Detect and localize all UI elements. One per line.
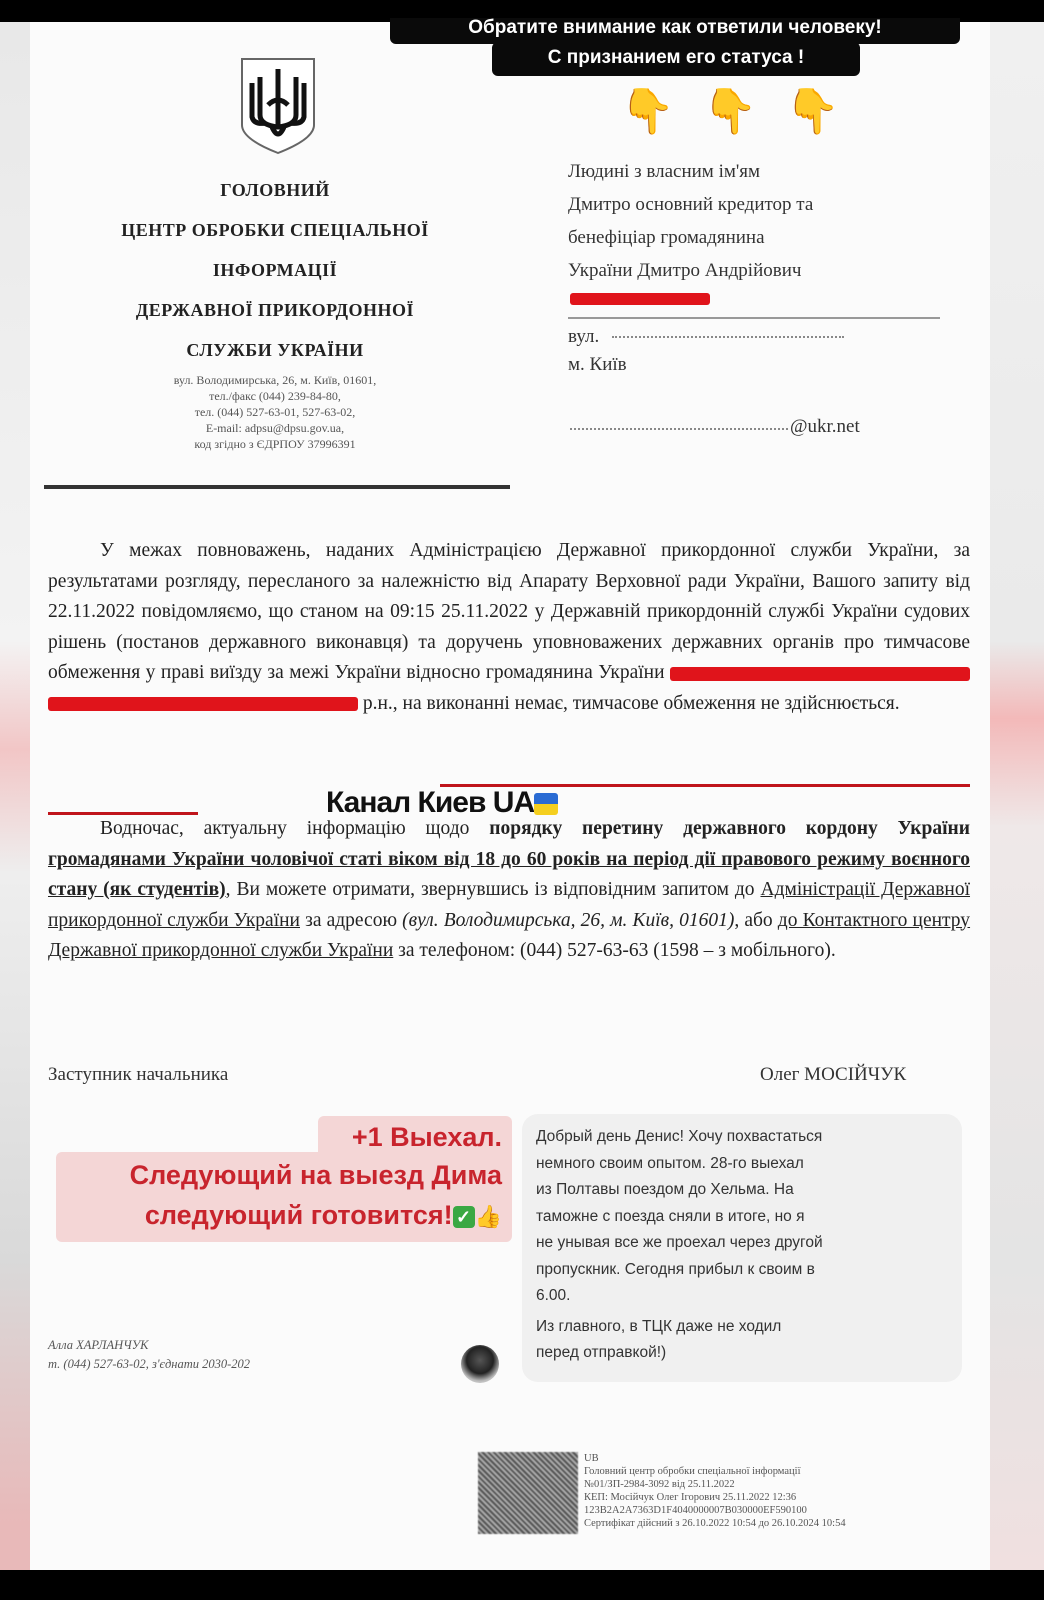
chat-line: Добрый день Денис! Хочу похвастаться [536, 1124, 956, 1151]
chat-message-text: Добрый день Денис! Хочу похвастаться нем… [536, 1124, 956, 1367]
bottom-black-bar [0, 1570, 1044, 1600]
chat-line: Из главного, в ТЦК даже не ходил [536, 1314, 956, 1341]
signatory-position: Заступник начальника [48, 1064, 228, 1086]
paragraph-text: за адресою [305, 910, 397, 931]
letter-paragraph-1: У межах повноважень, наданих Адміністрац… [48, 536, 970, 719]
executor-phone: т. (044) 527-63-02, з'єднати 2030-202 [48, 1355, 250, 1374]
redaction-bar [570, 293, 710, 305]
executor-info: Алла ХАРЛАНЧУК т. (044) 527-63-02, з'єдн… [48, 1336, 250, 1374]
pink-note-line1: +1 Выехал. [318, 1122, 502, 1153]
letterhead-divider [44, 485, 510, 489]
recipient-street: вул. [568, 326, 599, 348]
signatory-name: Олег МОСІЙЧУК [760, 1064, 906, 1086]
left-blurred-border [0, 22, 30, 1570]
pointing-down-icon: 👇 [785, 82, 840, 152]
stamp-line: UB [584, 1452, 984, 1465]
organization-address: вул. Володимирська, 26, м. Київ, 01601, … [40, 372, 510, 452]
pink-note-line2: Следующий на выезд Дима [60, 1160, 502, 1191]
paragraph-text: У межах повноважень, наданих Адміністрац… [48, 540, 970, 683]
stamp-line: №01/ЗП-2984-3092 від 25.11.2022 [584, 1478, 984, 1491]
pink-note-line3: следующий готовится!✓👍 [60, 1200, 502, 1231]
italic-address: (вул. Володимирська, 26, м. Київ, 01601) [402, 910, 734, 931]
right-blurred-border [990, 22, 1044, 1570]
sender-avatar[interactable] [461, 1345, 499, 1383]
chat-line: таможне с поезда сняли в итоге, но я [536, 1204, 956, 1231]
blurred-street [612, 336, 844, 338]
pointing-down-icon: 👇 [620, 82, 675, 152]
chat-line: 6.00. [536, 1283, 956, 1310]
executor-name: Алла ХАРЛАНЧУК [48, 1336, 250, 1355]
org-line: СЛУЖБИ УКРАЇНИ [40, 330, 510, 370]
overlay-caption-line1: Обратите внимание как ответили человеку! [390, 18, 960, 44]
pink-note-text: следующий готовится! [145, 1200, 453, 1230]
org-line: ДЕРЖАВНОЇ ПРИКОРДОННОЇ [40, 290, 510, 330]
electronic-signature-stamp: UB Головний центр обробки спеціальної ін… [584, 1452, 984, 1530]
recipient-block: Людині з власним ім'ям Дмитро основний к… [568, 155, 968, 287]
address-line: код згідно з ЄДРПОУ 37996391 [40, 436, 510, 452]
check-mark-icon: ✓ [453, 1206, 475, 1228]
recipient-email-domain: @ukr.net [790, 416, 860, 438]
org-line: ЦЕНТР ОБРОБКИ СПЕЦІАЛЬНОЇ [40, 210, 510, 250]
recipient-line: Дмитро основний кредитор та [568, 188, 968, 221]
chat-line: не унывая все же проехал через другой [536, 1230, 956, 1257]
address-line: E-mail: adpsu@dpsu.gov.ua, [40, 420, 510, 436]
trident-coat-of-arms-icon [238, 55, 318, 155]
paragraph-text: Водночас, актуальну інформацію щодо [100, 818, 469, 839]
thumbs-up-icon: 👍 [475, 1204, 502, 1229]
redacted-name [670, 667, 970, 681]
recipient-city: м. Київ [568, 354, 627, 376]
stamp-line: КЕП: Мосійчук Олег Ігорович 25.11.2022 1… [584, 1491, 984, 1504]
blurred-email [570, 428, 788, 430]
paragraph-text: за телефоном: (044) 527-63-63 (1598 – з … [398, 940, 836, 961]
stamp-line: Головний центр обробки спеціальної інфор… [584, 1465, 984, 1478]
recipient-divider [568, 317, 940, 319]
paragraph-text: , Ви можете отримати, звернувшись із від… [226, 879, 755, 900]
org-line: ІНФОРМАЦІЇ [40, 250, 510, 290]
chat-line: немного своим опытом. 28-го выехал [536, 1151, 956, 1178]
chat-line: пропускник. Сегодня прибыл к своим в [536, 1257, 956, 1284]
paragraph-text: р.н., на виконанні немає, тимчасове обме… [363, 693, 900, 714]
letter-paragraph-2: Водночас, актуальну інформацію щодо поря… [48, 814, 970, 967]
ukraine-flag-icon [534, 793, 558, 815]
stamp-line: 123B2A2A7363D1F4040000007B030000EF590100 [584, 1504, 984, 1517]
recipient-line: України Дмитро Андрійович [568, 254, 968, 287]
chat-line: из Полтавы поездом до Хельма. На [536, 1177, 956, 1204]
pointing-down-icon: 👇 [703, 82, 758, 152]
address-line: тел./факс (044) 239-84-80, [40, 388, 510, 404]
recipient-line: Людині з власним ім'ям [568, 155, 968, 188]
stamp-line: Сертифікат дійсний з 26.10.2022 10:54 до… [584, 1517, 984, 1530]
pointing-hands: 👇 👇 👇 [620, 82, 840, 152]
org-line: ГОЛОВНИЙ [40, 170, 510, 210]
qr-code [478, 1452, 578, 1534]
recipient-line: бенефіціар громадянина [568, 221, 968, 254]
overlay-caption-line2: С признанием его статуса ! [492, 42, 860, 76]
organization-name: ГОЛОВНИЙ ЦЕНТР ОБРОБКИ СПЕЦІАЛЬНОЇ ІНФОР… [40, 170, 510, 370]
redacted-birthdate [48, 697, 358, 711]
address-line: тел. (044) 527-63-01, 527-63-02, [40, 404, 510, 420]
bold-text: порядку перетину державного кордону Укра… [489, 818, 970, 839]
address-line: вул. Володимирська, 26, м. Київ, 01601, [40, 372, 510, 388]
paragraph-text: , або [734, 910, 772, 931]
chat-line: перед отправкой!) [536, 1340, 956, 1367]
